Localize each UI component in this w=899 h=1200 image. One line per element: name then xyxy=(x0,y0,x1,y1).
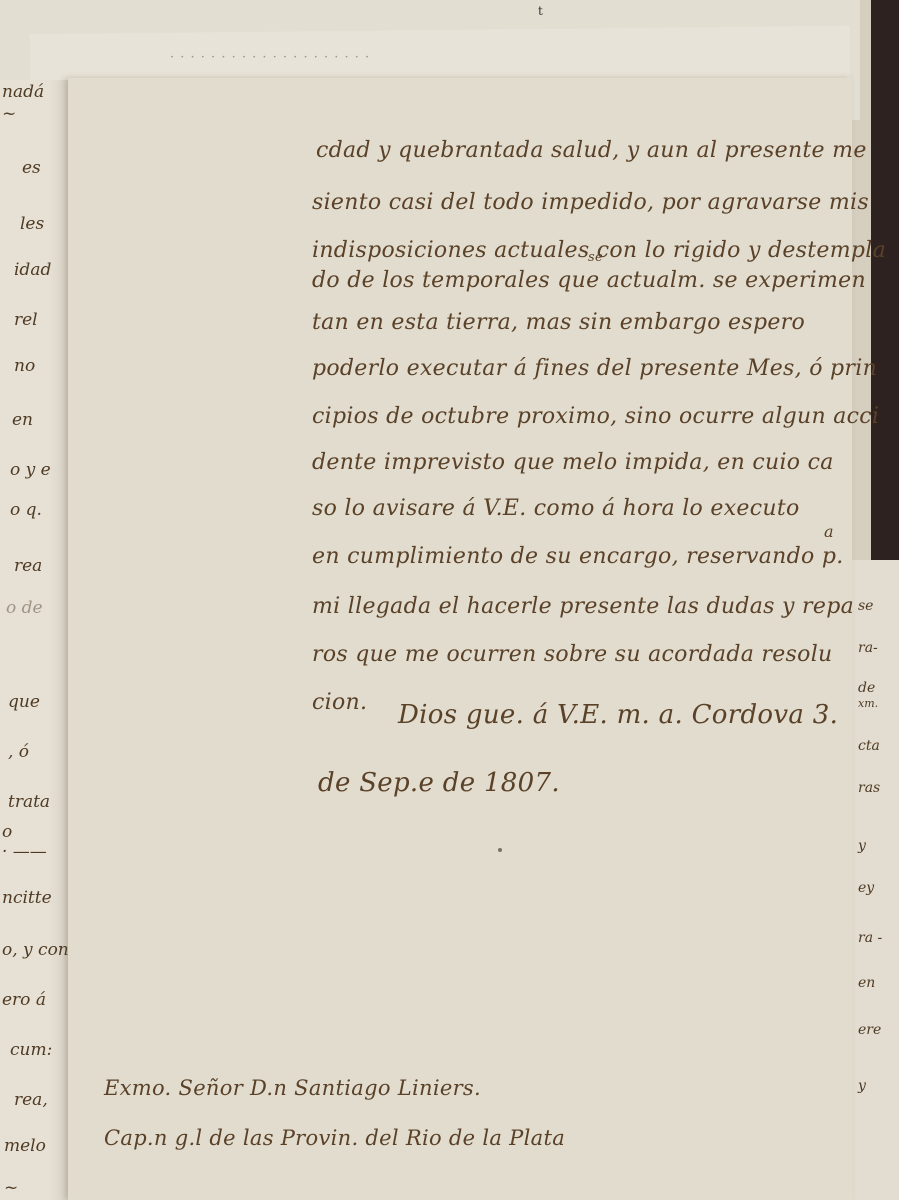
right-fragment: y xyxy=(858,1078,866,1094)
body-line-1: cdad y quebrantada salud, y aun al prese… xyxy=(316,138,867,163)
body-line-8: dente imprevisto que melo impida, en cui… xyxy=(312,450,834,475)
body-line-13: cion. xyxy=(312,690,367,715)
body-line-11: mi llegada el hacerle presente las dudas… xyxy=(312,594,854,619)
body-line-2: siento casi del todo impedido, por agrav… xyxy=(312,190,869,215)
right-fragment: ra- xyxy=(858,640,878,656)
body-line-7: cipios de octubre proximo, sino ocurre a… xyxy=(312,404,879,429)
body-line-12: ros que me ocurren sobre su acordada res… xyxy=(312,642,833,667)
left-fragment: no xyxy=(14,356,35,376)
right-fragment: ras xyxy=(858,780,880,796)
right-fragment: ra - xyxy=(858,930,882,946)
left-fragment: trata xyxy=(8,792,50,812)
right-fragment: xm. xyxy=(858,697,878,710)
left-fragment: , ó xyxy=(8,742,29,762)
left-fragment: es xyxy=(22,158,41,178)
body-line-10: en cumplimiento de su encargo, reservand… xyxy=(312,544,844,569)
body-line-9: so lo avisare á V.E. como á hora lo exec… xyxy=(312,496,800,521)
body-line-5: tan en esta tierra, mas sin embargo espe… xyxy=(312,310,805,335)
left-fragment: cum: xyxy=(10,1040,52,1060)
left-fragment: ero á xyxy=(2,990,46,1010)
left-fragment: rea xyxy=(14,556,42,576)
left-fragment: melo xyxy=(4,1136,46,1156)
dark-background-edge xyxy=(871,0,899,560)
left-fragment: o, y con xyxy=(2,940,69,960)
right-fragment: y xyxy=(858,838,866,854)
right-fragment: en xyxy=(858,975,875,991)
left-fragment: nadá xyxy=(2,82,44,102)
left-fragment: o y e xyxy=(10,460,51,480)
left-fragment: ~ xyxy=(4,1178,18,1198)
body-line-4: do de los temporales que actualm. se exp… xyxy=(312,268,866,293)
body-line-6: poderlo executar á fines del presente Me… xyxy=(312,356,877,381)
left-fragment: ~ xyxy=(2,104,16,124)
left-fragment: · —— xyxy=(2,842,47,862)
right-fragment: se xyxy=(858,598,873,614)
right-fragment: de xyxy=(858,680,875,696)
right-fragment: cta xyxy=(858,738,880,754)
interlinear-note-a: a xyxy=(824,522,834,541)
left-fragment: en xyxy=(12,410,33,430)
top-mark: t xyxy=(538,4,543,18)
ink-spot xyxy=(498,848,502,852)
left-fragment: o de xyxy=(6,598,43,618)
right-fragment: ey xyxy=(858,880,874,896)
left-fragment: ncitte xyxy=(2,888,52,908)
left-fragment: rel xyxy=(14,310,38,330)
interlinear-note-se: se xyxy=(588,250,603,265)
left-fragment: o xyxy=(2,822,12,842)
addressee-line-1: Exmo. Señor D.n Santiago Liniers. xyxy=(104,1076,481,1100)
left-fragment: que xyxy=(8,692,40,712)
faded-bleedthrough-text: · · · · · · · · · · · · · · · · · · · · xyxy=(170,50,370,65)
left-fragment: rea, xyxy=(14,1090,48,1110)
left-fragment: o q. xyxy=(10,500,42,520)
left-fragment: les xyxy=(20,214,44,234)
left-fragment: idad xyxy=(14,260,51,280)
right-fragment: ere xyxy=(858,1022,881,1038)
date-line: de Sep.e de 1807. xyxy=(318,768,560,798)
addressee-line-2: Cap.n g.l de las Provin. del Rio de la P… xyxy=(104,1126,565,1150)
closing-formula: Dios gue. á V.E. m. a. Cordova 3. xyxy=(398,700,838,730)
